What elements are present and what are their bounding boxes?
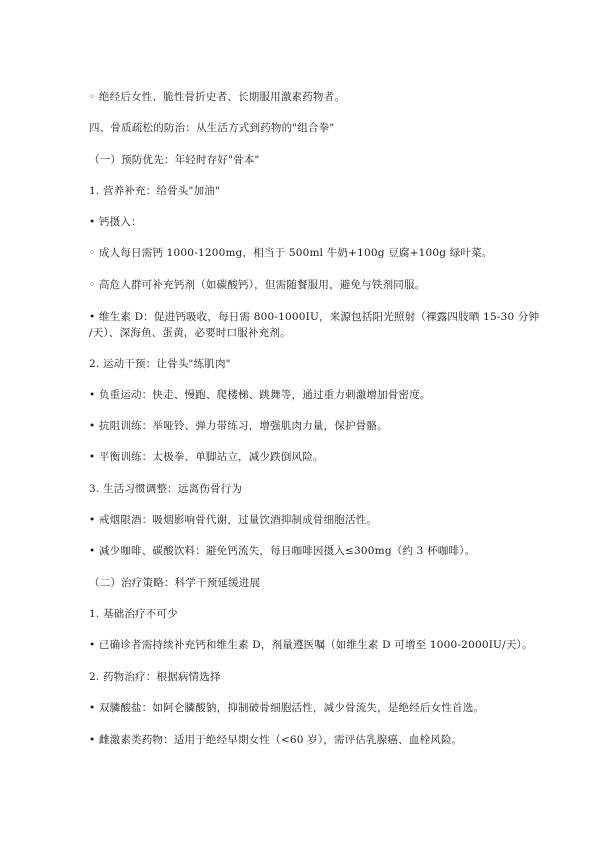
section-heading-prevention-treatment: 四、骨质疏松的防治：从生活方式到药物的"组合拳" [89,120,334,136]
bullet-vitamin-d: • 维生素 D：促进钙吸收，每日需 800-1000IU，来源包括阳光照射（裸露… [89,309,539,325]
bullet-reduce-coffee: • 减少咖啡、碳酸饮料：避免钙流失，每日咖啡因摄入≤300mg（约 3 杯咖啡）… [89,543,475,559]
bullet-balance-training: • 平衡训练：太极拳、单脚站立，减少跌倒风险。 [89,449,324,465]
item-heading-exercise: 2. 运动干预：让骨头"练肌肉" [89,356,231,372]
item-heading-nutrition: 1. 营养补充：给骨头"加油" [89,183,220,199]
bullet-estrogen-drugs: • 雌激素类药物：适用于绝经早期女性（<60 岁），需评估乳腺癌、血栓风险。 [89,732,462,748]
bullet-calcium-intake: • 钙摄入： [89,214,142,230]
subsection-heading-treatment: （二）治疗策略：科学干预延缓进展 [89,575,260,591]
bullet-vitamin-d-continued: /天）、深海鱼、蛋黄，必要时口服补充剂。 [89,325,291,341]
document-page: ◦ 绝经后女性、脆性骨折史者、长期服用激素药物者。 四、骨质疏松的防治：从生活方… [0,0,595,841]
bullet-diagnosed-supplement: • 已确诊者需持续补充钙和维生素 D，剂量遵医嘱（如维生素 D 可增至 1000… [89,637,533,653]
item-heading-drug-therapy: 2. 药物治疗：根据病情选择 [89,669,221,685]
bullet-resistance-training: • 抗阻训练：举哑铃、弹力带练习，增强肌肉力量，保护骨骼。 [89,418,388,434]
item-heading-lifestyle: 3. 生活习惯调整：远离伤骨行为 [89,481,242,497]
sub-bullet-high-risk-calcium: ◦ 高危人群可补充钙剂（如碳酸钙），但需随餐服用，避免与铁剂同服。 [89,277,425,293]
sub-bullet-adult-calcium: ◦ 成人每日需钙 1000-1200mg，相当于 500ml 牛奶+100g 豆… [89,245,493,261]
item-heading-basic-treatment: 1. 基础治疗不可少 [89,606,178,622]
bullet-weight-bearing: • 负重运动：快走、慢跑、爬楼梯、跳舞等，通过重力刺激增加骨密度。 [89,387,431,403]
subsection-heading-prevention: （一）预防优先：年轻时存好"骨本" [89,152,260,168]
bullet-quit-smoking: • 戒烟限酒：吸烟影响骨代谢，过量饮酒抑制成骨细胞活性。 [89,512,377,528]
bullet-risk-groups: ◦ 绝经后女性、脆性骨折史者、长期服用激素药物者。 [89,89,345,105]
bullet-bisphosphonates: • 双膦酸盐：如阿仑膦酸钠，抑制破骨细胞活性，减少骨流失，是绝经后女性首选。 [89,700,484,716]
